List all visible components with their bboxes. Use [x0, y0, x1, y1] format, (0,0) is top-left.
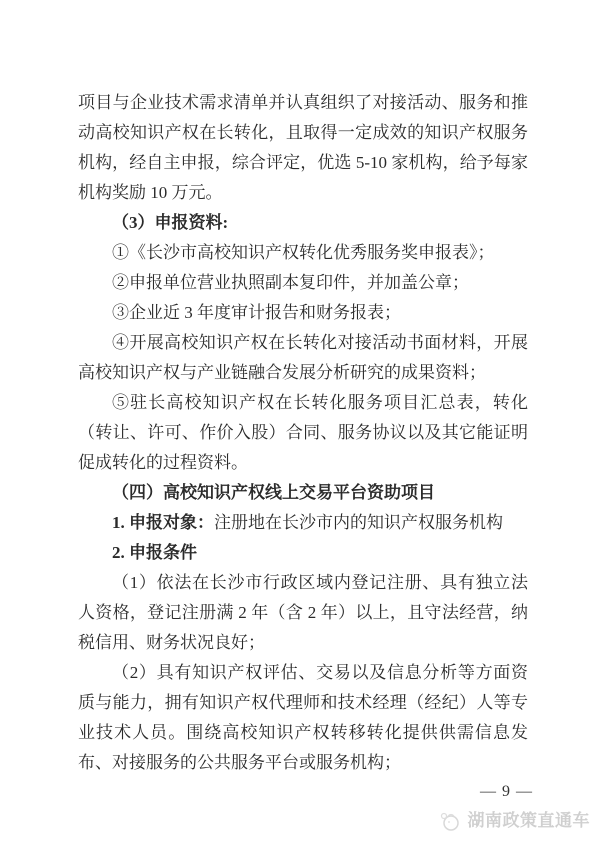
watermark-text: 湖南政策直通车 [468, 810, 591, 832]
heading-application-conditions: 2. 申报条件 [78, 538, 528, 568]
material-item-1: ①《长沙市高校知识产权转化优秀服务奖申报表》； [78, 238, 528, 268]
document-page: 项目与企业技术需求清单并认真组织了对接活动、服务和推动高校知识产权在长转化，且取… [0, 0, 600, 849]
application-target-text: 注册地在长沙市内的知识产权服务机构 [214, 513, 503, 532]
document-body: 项目与企业技术需求清单并认真组织了对接活动、服务和推动高校知识产权在长转化，且取… [78, 88, 528, 778]
material-item-2: ②申报单位营业执照副本复印件，并加盖公章； [78, 268, 528, 298]
condition-item-2: （2）具有知识产权评估、交易以及信息分析等方面资质与能力，拥有知识产权代理师和技… [78, 658, 528, 778]
material-item-3: ③企业近 3 年度审计报告和财务报表； [78, 298, 528, 328]
mascot-logo-icon [439, 810, 461, 832]
material-item-4: ④开展高校知识产权在长转化对接活动书面材料，开展高校知识产权与产业链融合发展分析… [78, 328, 528, 388]
application-target-label: 1. 申报对象： [112, 513, 214, 532]
page-number: — 9 — [480, 782, 533, 802]
heading-section-four: （四）高校知识产权线上交易平台资助项目 [78, 478, 528, 508]
material-item-5: ⑤驻长高校知识产权在长转化服务项目汇总表，转化（转让、许可、作价入股）合同、服务… [78, 388, 528, 478]
heading-application-materials: （3）申报资料: [78, 208, 528, 238]
paragraph-continuation: 项目与企业技术需求清单并认真组织了对接活动、服务和推动高校知识产权在长转化，且取… [78, 88, 528, 208]
paragraph-application-target: 1. 申报对象：注册地在长沙市内的知识产权服务机构 [78, 508, 528, 538]
condition-item-1: （1）依法在长沙市行政区域内登记注册、具有独立法人资格，登记注册满 2 年（含 … [78, 568, 528, 658]
watermark: 湖南政策直通车 [439, 810, 591, 832]
